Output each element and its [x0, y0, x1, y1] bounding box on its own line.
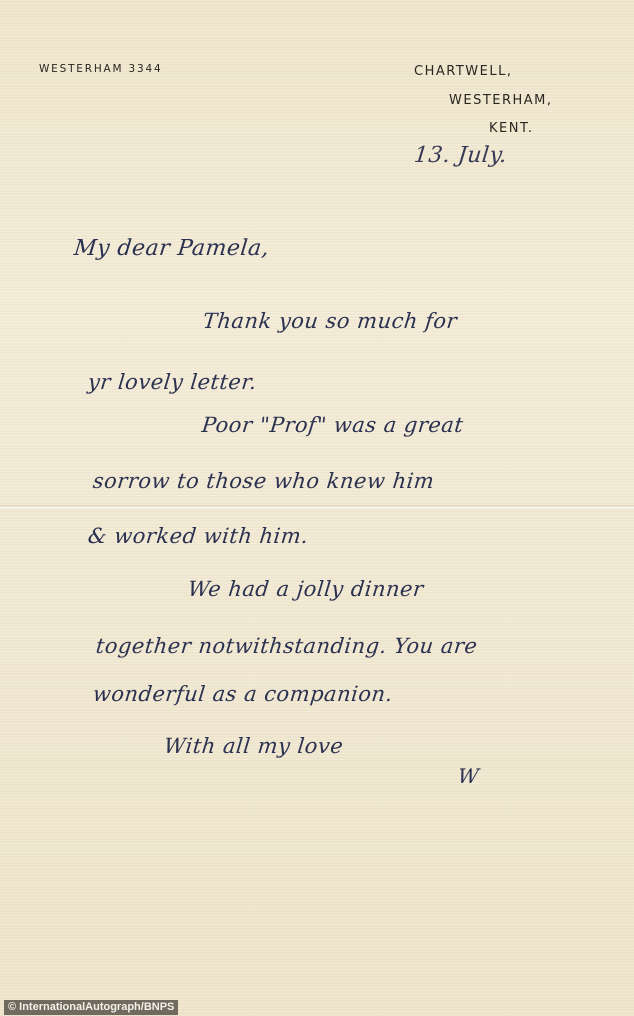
letter-date: 13. July. [413, 143, 509, 168]
letter-body-line: sorrow to those who knew him [92, 469, 436, 493]
letter-body-line: wonderful as a companion. [92, 682, 394, 706]
letter-body-line: & worked with him. [87, 524, 310, 548]
paper-fold-line [0, 505, 634, 511]
letterhead-phone: WESTERHAM 3344 [39, 63, 162, 75]
letter-closing: With all my love [163, 734, 345, 758]
letterhead-address-line-2: WESTERHAM, [449, 93, 553, 108]
letter-body-line: together notwithstanding. You are [95, 634, 479, 658]
photo-credit: © InternationalAutograph/BNPS [4, 1000, 178, 1015]
letter-body-line: Poor "Prof" was a great [201, 413, 465, 437]
letterhead-address-line-1: CHARTWELL, [414, 64, 512, 79]
letter-salutation: My dear Pamela, [73, 236, 271, 261]
letterhead-address-line-3: KENT. [489, 121, 534, 136]
letter-signature: W [457, 764, 481, 788]
letter-body-line: Thank you so much for [202, 309, 459, 333]
letter-body-line: yr lovely letter. [87, 370, 258, 394]
letter-body-line: We had a jolly dinner [187, 577, 425, 601]
